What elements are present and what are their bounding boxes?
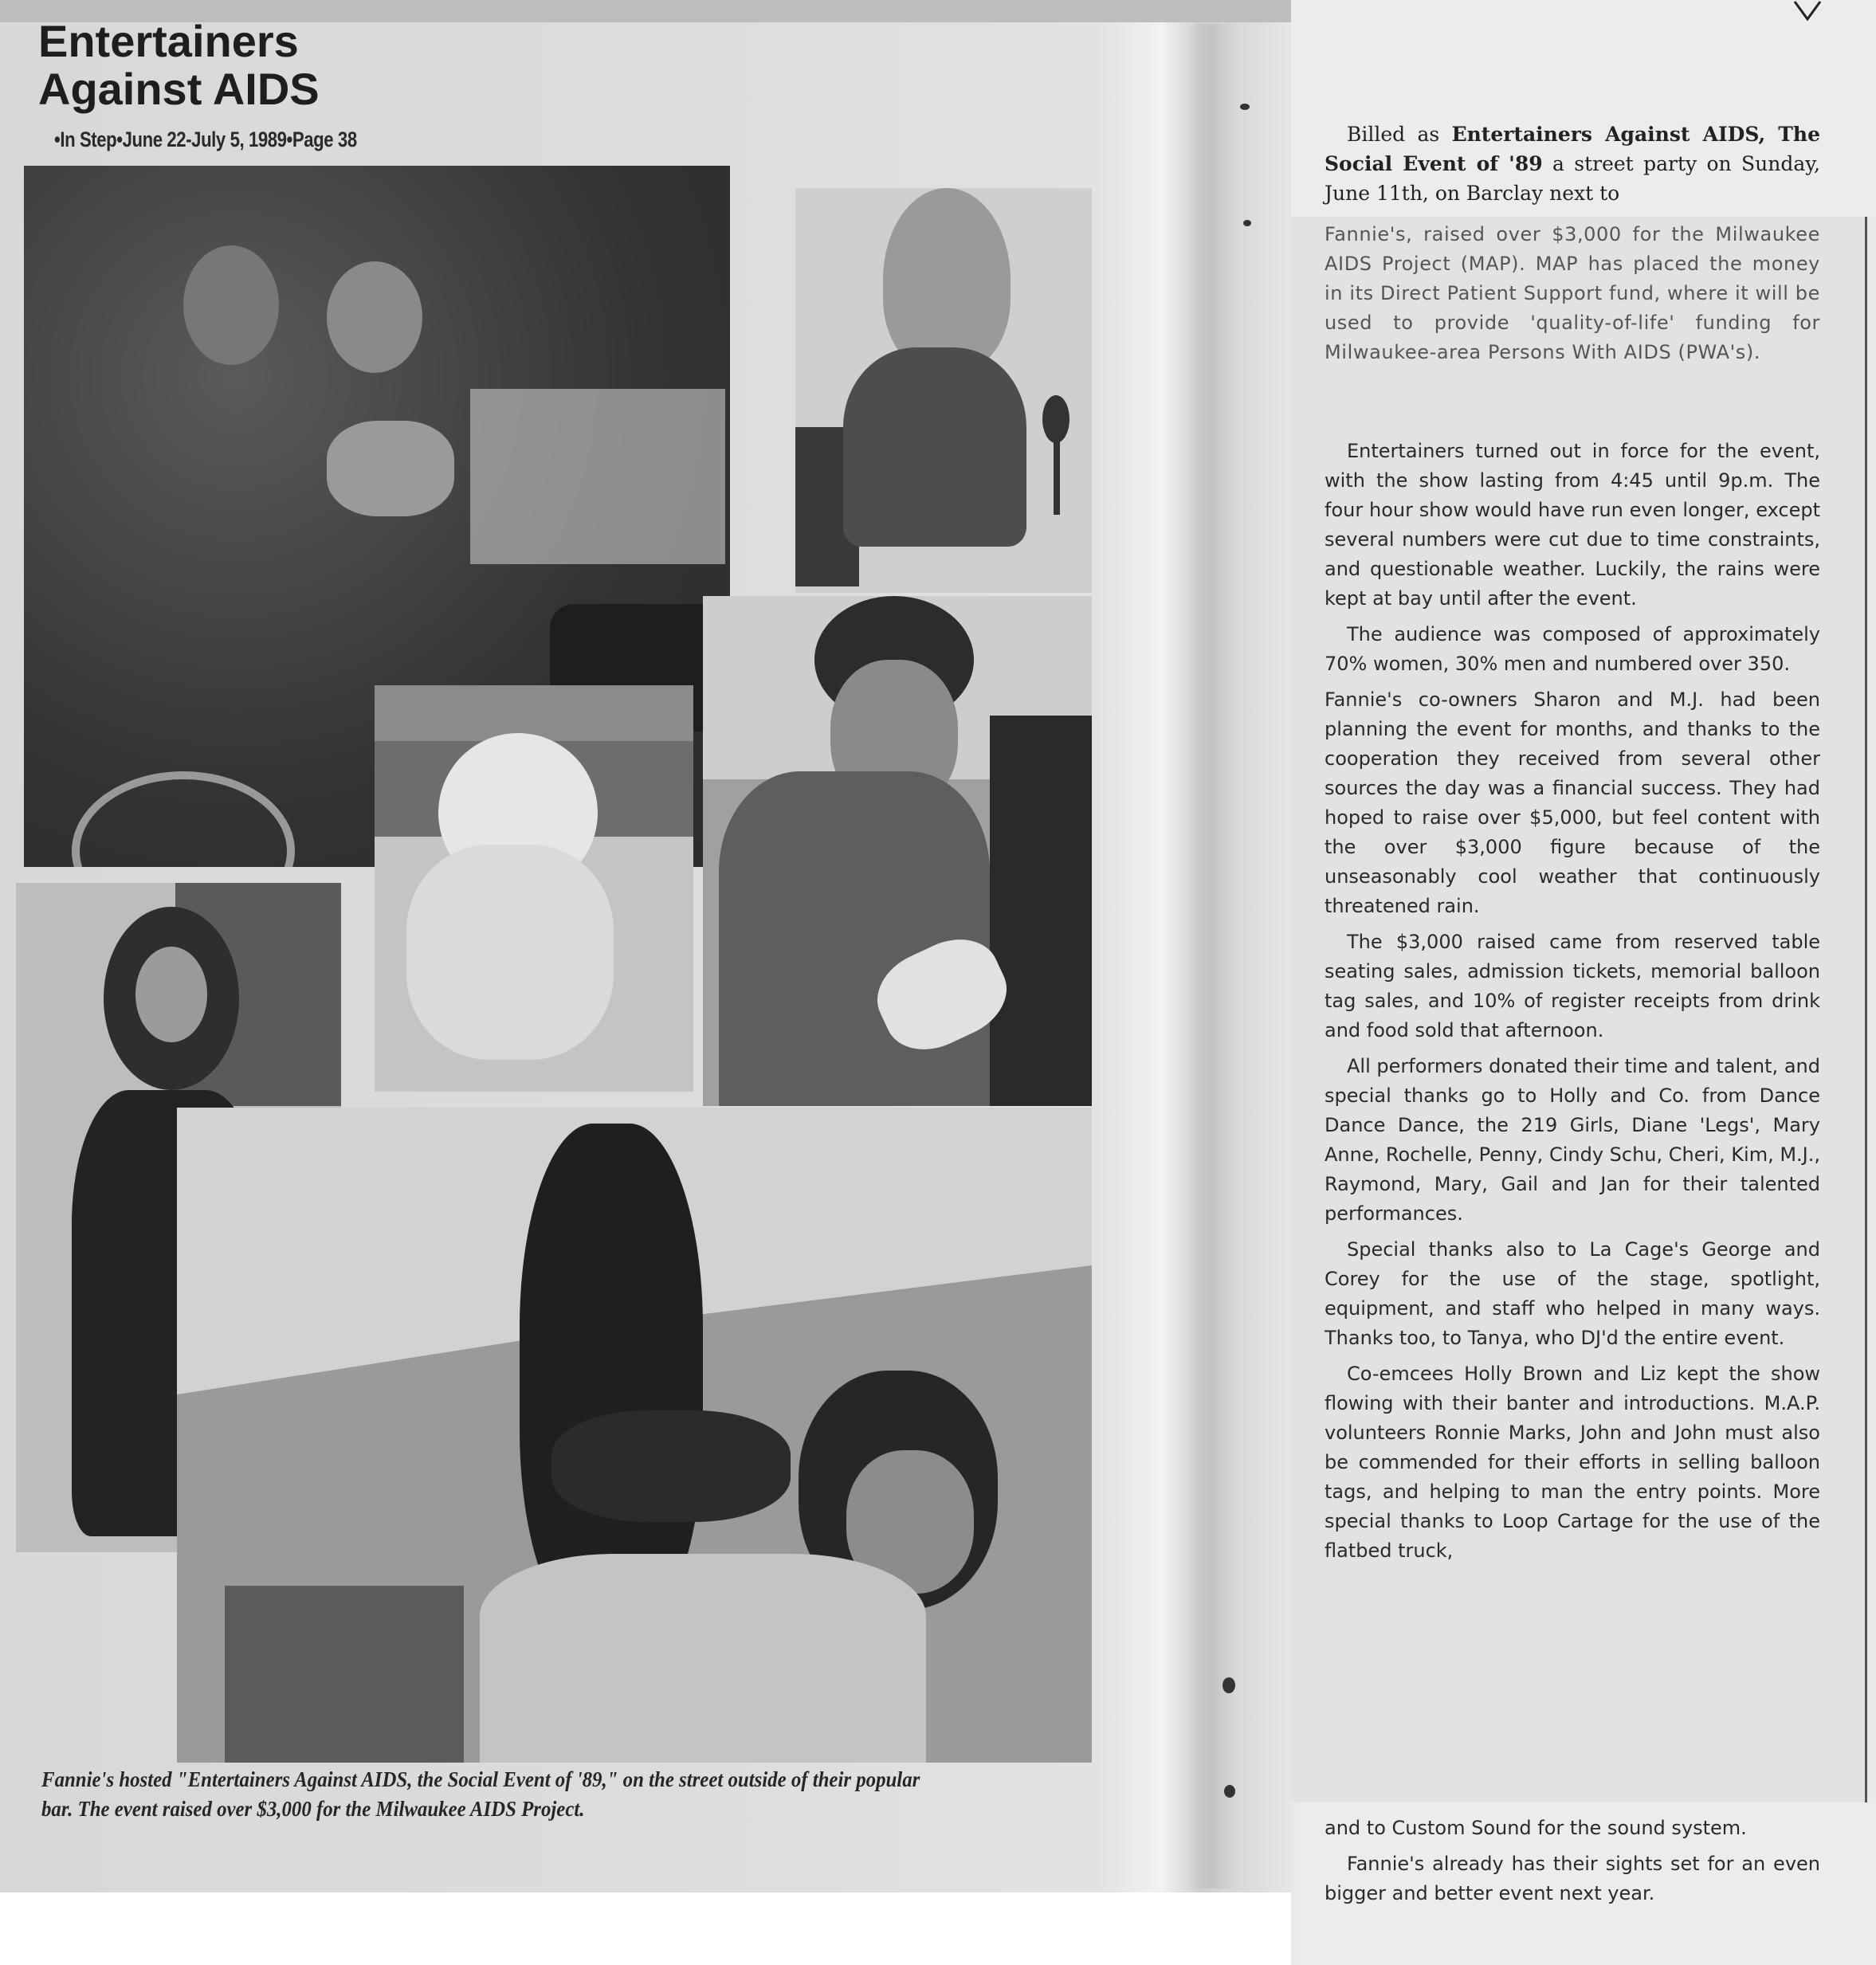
photo-blonde-performer-dancing xyxy=(375,685,693,1092)
photo-caption: Fannie's hosted "Entertainers Against AI… xyxy=(41,1765,921,1824)
binding-gutter xyxy=(1187,24,1235,1889)
gutter-mark xyxy=(1240,104,1250,110)
paragraph-5: The $3,000 raised came from reserved tab… xyxy=(1325,928,1820,1045)
paragraph-4: Fannie's co-owners Sharon and M.J. had b… xyxy=(1325,685,1820,921)
photo-guitarist xyxy=(703,596,1092,1106)
lede-intro: Billed as xyxy=(1347,123,1452,146)
article-headline: Entertainers Against AIDS xyxy=(38,18,320,113)
article-closing: and to Custom Sound for the sound system… xyxy=(1325,1814,1820,1915)
article-paragraph-1-continued: Fannie's, raised over $3,000 for the Mil… xyxy=(1325,220,1820,374)
headline-line-1: Entertainers xyxy=(38,18,320,65)
gutter-mark xyxy=(1223,1677,1235,1693)
article-body-column: Entertainers turned out in force for the… xyxy=(1325,437,1820,1572)
paragraph-9: Fannie's already has their sights set fo… xyxy=(1325,1849,1820,1908)
headline-line-2: Against AIDS xyxy=(38,65,320,113)
article-lede: Billed as Entertainers Against AIDS, The… xyxy=(1325,120,1820,214)
paragraph-2: Entertainers turned out in force for the… xyxy=(1325,437,1820,614)
photo-blonde-woman-microphone xyxy=(795,188,1092,593)
paragraph-8: Co-emcees Holly Brown and Liz kept the s… xyxy=(1325,1359,1820,1566)
paragraph-3: The audience was composed of approximate… xyxy=(1325,620,1820,679)
paragraph-6: All performers donated their time and ta… xyxy=(1325,1052,1820,1229)
paragraph-7: Special thanks also to La Cage's George … xyxy=(1325,1235,1820,1353)
page-folio: •In Step•June 22-July 5, 1989•Page 38 xyxy=(54,127,357,152)
gutter-mark xyxy=(1243,220,1251,226)
paragraph-8-continued: and to Custom Sound for the sound system… xyxy=(1325,1814,1820,1843)
chevron-down-icon xyxy=(1792,0,1823,22)
gutter-mark xyxy=(1224,1785,1235,1798)
photo-dancers-on-stage xyxy=(177,1108,1092,1763)
